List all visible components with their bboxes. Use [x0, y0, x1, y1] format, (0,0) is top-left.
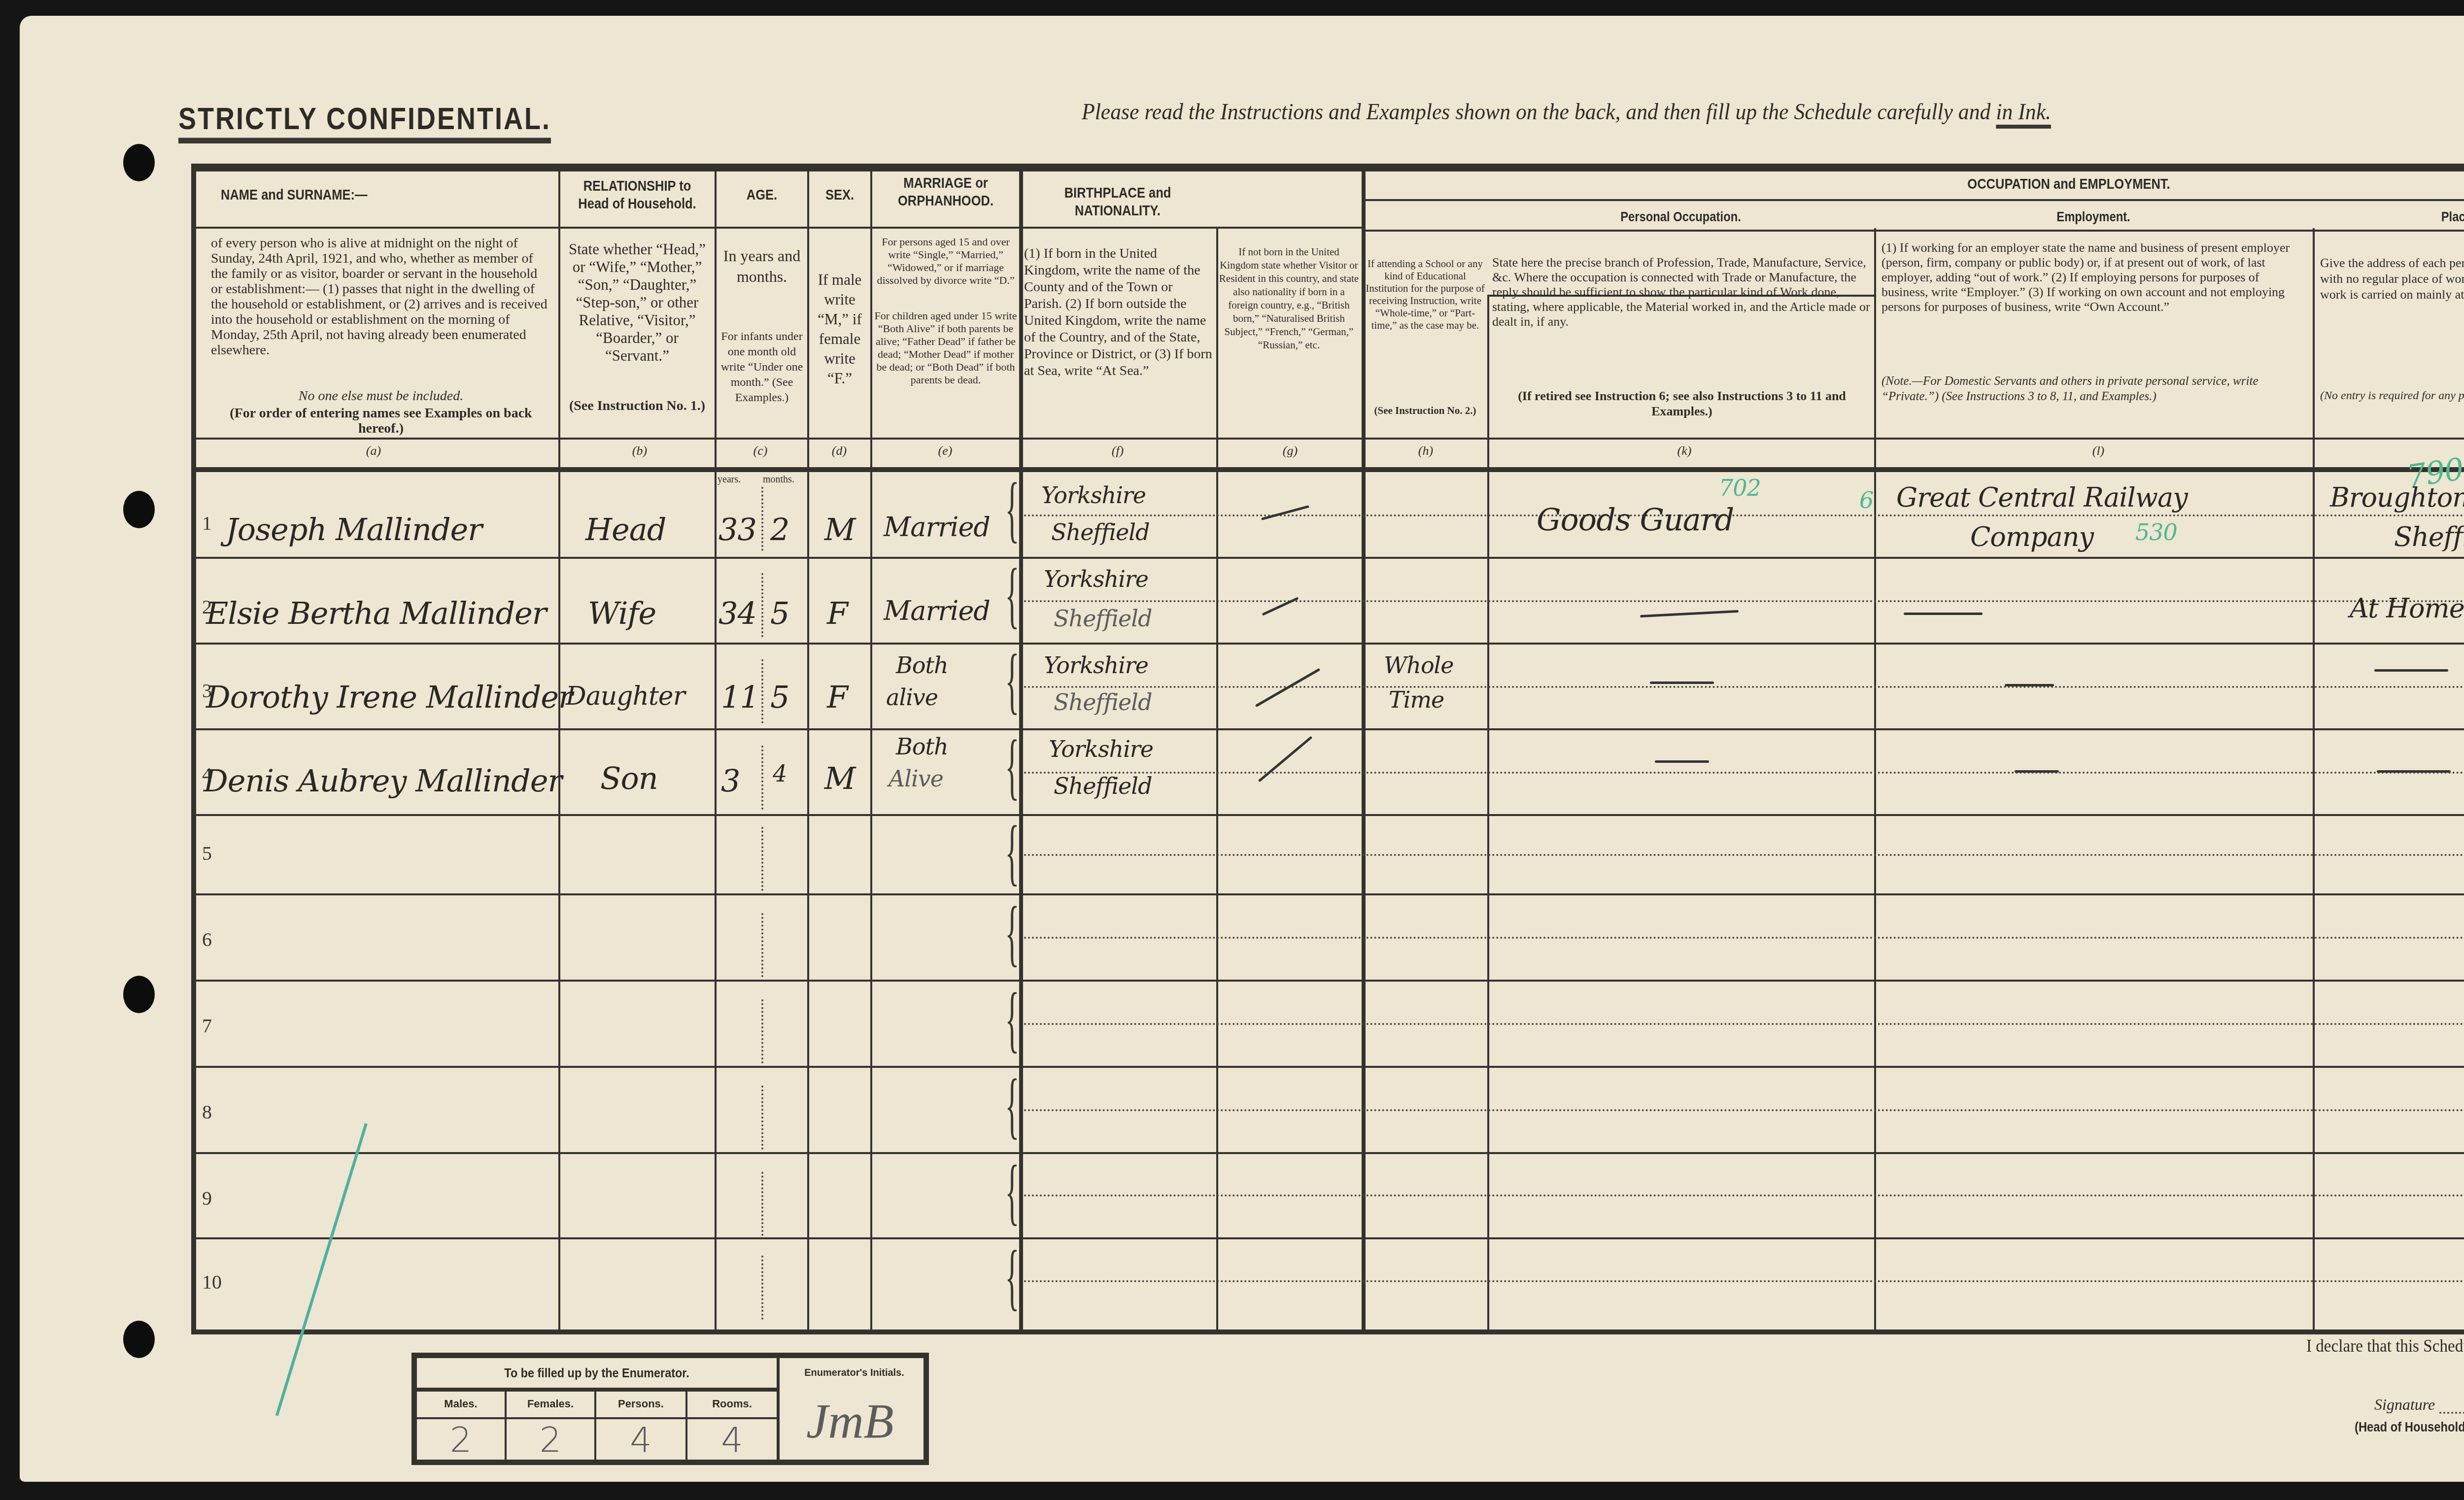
person-name: Dorothy Irene Mallinder: [206, 679, 573, 715]
occupation-code-annotation-2: 6: [1859, 487, 1873, 513]
occupation-dash: [1650, 682, 1714, 684]
header-place-of-work-title: Place of Work.: [2340, 208, 2464, 226]
place-of-work-line-2: Sheffield: [2394, 521, 2464, 552]
header-age-title: AGE.: [723, 186, 800, 204]
person-name: Joseph Mallinder: [226, 511, 482, 547]
persons-value: 4: [596, 1420, 685, 1459]
header-name-body: of every person who is alive at midnight…: [211, 236, 551, 358]
person-relationship: Head: [585, 511, 666, 547]
person-sex: M: [824, 511, 855, 547]
age-separator: [761, 1086, 763, 1150]
employer-dash: [2015, 770, 2059, 773]
person-age-years: 3: [721, 763, 740, 799]
header-rule: [196, 227, 1019, 229]
half-row-rule: [1024, 1023, 2464, 1025]
row-rule: [196, 557, 2464, 559]
header-name-title: NAME and SURNAME:—: [221, 186, 388, 204]
signature-line: [2439, 1412, 2464, 1414]
row-rule: [196, 643, 2464, 645]
header-education-body: If attending a School or any kind of Edu…: [1364, 258, 1486, 332]
row-number: 10: [202, 1270, 222, 1294]
header-marriage-note: For children aged under 15 write “Both A…: [873, 309, 1018, 386]
person-marriage-line-2: alive: [886, 684, 938, 711]
personal-occupation: Goods Guard: [1537, 502, 1734, 538]
age-separator: [761, 659, 763, 723]
person-name: Elsie Bertha Mallinder: [206, 595, 546, 631]
birth-county: Yorkshire: [1049, 736, 1153, 762]
enumerator-box: To be filled up by the Enumerator. Males…: [411, 1353, 929, 1465]
header-name-note2: (For order of entering names see Example…: [211, 406, 551, 436]
half-row-rule: [1024, 600, 2464, 602]
header-birthplace-title: BIRTHPLACE and NATIONALITY.: [1038, 184, 1198, 220]
education-line-2: Time: [1389, 686, 1444, 713]
column-letter-b: (b): [625, 443, 654, 458]
person-marriage-line-2: Alive: [889, 765, 943, 792]
row-rule: [196, 893, 2464, 895]
age-separator: [761, 913, 763, 977]
row-number: 6: [202, 928, 212, 951]
person-relationship: Son: [600, 760, 658, 796]
header-sex-body: If male write “M,” if female write “F.”: [811, 270, 868, 388]
person-marriage: Married: [884, 511, 990, 543]
birth-town: Sheffield: [1054, 605, 1152, 632]
age-separator: [761, 827, 763, 891]
rooms-label: Rooms.: [687, 1392, 777, 1416]
header-education-note: (See Instruction No. 2.): [1364, 403, 1486, 418]
row-number: 9: [202, 1187, 212, 1210]
males-value: 2: [417, 1420, 505, 1459]
employer-dash: [2005, 684, 2054, 686]
col-divider: [715, 171, 717, 1330]
punch-hole: [123, 491, 155, 528]
row-number: 8: [202, 1100, 212, 1124]
half-row-rule: [1024, 1109, 2464, 1111]
place-code-annotation: 7900/06: [2404, 442, 2464, 494]
header-age-note: For infants under one month old write “U…: [719, 329, 805, 406]
person-marriage-line-1: Both: [896, 733, 948, 760]
header-employment-body: (1) If working for an employer state the…: [1882, 240, 2305, 314]
enumerator-box-rule: [417, 1388, 777, 1392]
header-personal-occupation-title: Personal Occupation.: [1516, 208, 1845, 226]
person-marriage-line-1: Both: [896, 652, 948, 679]
enumerator-initials-value: JmB: [806, 1393, 894, 1449]
occupation-dash: [1640, 610, 1739, 617]
brace: {: [1005, 558, 1020, 632]
person-sex: M: [824, 760, 855, 796]
col-divider: [1216, 228, 1218, 1330]
col-divider: [807, 171, 809, 1330]
header-name-note: No one else must be included.: [211, 388, 551, 404]
age-separator: [761, 999, 763, 1063]
header-place-of-work-note: (No entry is required for any person who…: [2320, 388, 2464, 404]
header-employment-note: (Note.—For Domestic Servants and others …: [1882, 374, 2305, 404]
header-personal-occupation-body: State here the precise branch of Profess…: [1492, 255, 1872, 329]
males-label: Males.: [417, 1392, 505, 1416]
column-letter-d: (d): [824, 443, 854, 458]
col-divider: [1874, 228, 1876, 1330]
header-rule: [1362, 230, 2464, 232]
header-occupation-title: OCCUPATION and EMPLOYMENT.: [1817, 175, 2320, 193]
column-letter-k: (k): [1670, 443, 1699, 458]
employer-code-annotation: 530: [2135, 519, 2177, 545]
row-rule: [196, 1152, 2464, 1154]
column-letter-c: (c): [746, 443, 775, 458]
column-letter-g: (g): [1275, 443, 1305, 458]
declaration-text: I declare that this Schedule is correctl…: [2306, 1335, 2464, 1356]
age-separator: [761, 1172, 763, 1236]
half-row-rule: [1024, 937, 2464, 939]
age-months-subhead: months.: [763, 474, 794, 485]
person-age-years: 11: [721, 679, 759, 715]
person-age-months: 4: [773, 760, 787, 787]
half-row-rule: [1024, 1280, 2464, 1282]
persons-label: Persons.: [596, 1392, 685, 1416]
person-age-years: 34: [719, 595, 756, 631]
header-sex-title: SEX.: [814, 186, 865, 204]
column-letter-l: (l): [2084, 443, 2113, 458]
brace: {: [1005, 1240, 1020, 1314]
col-divider: [1487, 295, 1489, 1330]
nationality-dash: [1258, 736, 1312, 783]
birth-county: Yorkshire: [1044, 566, 1148, 592]
age-separator: [761, 573, 763, 637]
brace: {: [1005, 1155, 1020, 1228]
person-age-months: 5: [770, 595, 789, 631]
birth-town: Sheffield: [1054, 773, 1152, 799]
nationality-dash: [1261, 505, 1309, 520]
column-letter-f: (f): [1103, 443, 1132, 458]
enumerator-initials-label: Enumerator's Initials.: [784, 1358, 924, 1388]
instruction-emphasis: in Ink.: [1996, 99, 2051, 129]
birth-county: Yorkshire: [1041, 482, 1146, 509]
instruction-text: Please read the Instructions and Example…: [1082, 99, 1990, 125]
birth-county: Yorkshire: [1044, 652, 1148, 679]
col-divider: [558, 171, 560, 1330]
occupation-dash: [1655, 760, 1709, 763]
person-sex: F: [827, 679, 848, 715]
header-rule: [196, 438, 2464, 440]
signature-note: (Head of Household, Manager of Establish…: [2355, 1419, 2464, 1435]
column-letter-a: (a): [359, 443, 388, 458]
brace: {: [1005, 982, 1020, 1056]
header-relationship-body: State whether “Head,” or “Wife,” “Mother…: [563, 240, 711, 365]
person-sex: F: [827, 595, 848, 631]
person-age-months: 5: [770, 679, 789, 715]
header-body-divider: [196, 467, 2464, 472]
age-separator: [761, 1256, 763, 1320]
row-rule: [196, 1066, 2464, 1068]
females-label: Females.: [507, 1392, 594, 1416]
brace: {: [1005, 644, 1020, 717]
brace: {: [1005, 729, 1020, 803]
row-rule: [196, 1237, 2464, 1239]
row-number: 7: [202, 1014, 212, 1037]
punch-hole: [123, 144, 155, 181]
age-years-subhead: years.: [718, 474, 741, 485]
punch-hole: [123, 976, 155, 1013]
brace: {: [1005, 815, 1020, 889]
row-rule: [196, 980, 2464, 982]
place-of-work-line-1: At Home: [2350, 593, 2464, 624]
half-row-rule: [1024, 686, 2464, 688]
place-dash: [2377, 770, 2451, 773]
place-dash: [2374, 669, 2448, 672]
person-name: Denis Aubrey Mallinder: [204, 763, 562, 799]
education-line-1: Whole: [1384, 652, 1454, 679]
employer-dash: [1904, 613, 1983, 615]
age-separator: [761, 746, 763, 810]
birth-town: Sheffield: [1054, 689, 1152, 716]
person-relationship: Wife: [588, 595, 656, 631]
rooms-value: 4: [687, 1420, 777, 1459]
females-value: 2: [507, 1420, 594, 1459]
header-relationship-title: RELATIONSHIP to Head of Household.: [572, 177, 702, 213]
col-divider: [1019, 171, 1023, 1330]
row-rule: [196, 814, 2464, 816]
occupation-code-annotation: 702: [1719, 475, 1761, 501]
enumerator-box-divider: [777, 1358, 780, 1462]
employer-line-2: Company: [1970, 521, 2093, 552]
half-row-rule: [1024, 514, 2464, 516]
person-relationship: Daughter: [566, 682, 685, 711]
instruction-line: Please read the Instructions and Example…: [1082, 99, 2051, 125]
person-age-months: 2: [770, 511, 789, 547]
brace: {: [1005, 472, 1020, 546]
header-marriage-title: MARRIAGE or ORPHANHOOD.: [883, 174, 1008, 210]
punch-hole: [123, 1321, 155, 1358]
person-age-years: 33: [719, 511, 756, 547]
half-row-rule: [1024, 854, 2464, 856]
header-relationship-note: (See Instruction No. 1.): [563, 398, 711, 413]
half-row-rule: [1024, 1194, 2464, 1196]
col-divider: [2313, 228, 2315, 1330]
header-birthplace-col-g: If not born in the United Kingdom state …: [1219, 245, 1359, 352]
row-rule: [196, 728, 2464, 730]
row-number: 5: [202, 842, 212, 865]
age-separator: [761, 487, 763, 551]
person-marriage: Married: [884, 595, 990, 626]
header-age-body: In years and months.: [719, 245, 805, 287]
header-birthplace-col-f: (1) If born in the United Kingdom, write…: [1024, 245, 1214, 379]
header-marriage-body: For persons aged 15 and over write “Sing…: [873, 236, 1018, 287]
col-divider: [870, 171, 872, 1330]
column-letter-e: (e): [930, 443, 960, 458]
birth-town: Sheffield: [1051, 519, 1150, 545]
header-employment-title: Employment.: [1909, 208, 2278, 226]
page-title: STRICTLY CONFIDENTIAL.: [178, 102, 551, 143]
enumerator-box-header: To be filled up by the Enumerator.: [435, 1358, 759, 1388]
employer-line-1: Great Central Railway: [1896, 482, 2188, 513]
enumerator-box-rule: [417, 1417, 777, 1419]
signature-label: Signature: [2374, 1396, 2435, 1414]
header-rule: [1362, 199, 2464, 201]
row-number: 1: [202, 511, 212, 535]
column-letter-h: (h): [1411, 443, 1440, 458]
household-schedule-table: NAME and SURNAME:— of every person who i…: [191, 164, 2464, 1334]
header-personal-occupation-note: (If retired see Instruction 6; see also …: [1492, 388, 1872, 419]
brace: {: [1005, 896, 1020, 970]
header-rule: [1019, 227, 1362, 229]
header-place-of-work-body: Give the address of each person’s place …: [2320, 255, 2464, 303]
brace: {: [1005, 1068, 1020, 1142]
half-row-rule: [1024, 772, 2464, 774]
col-divider: [1362, 171, 1366, 1330]
